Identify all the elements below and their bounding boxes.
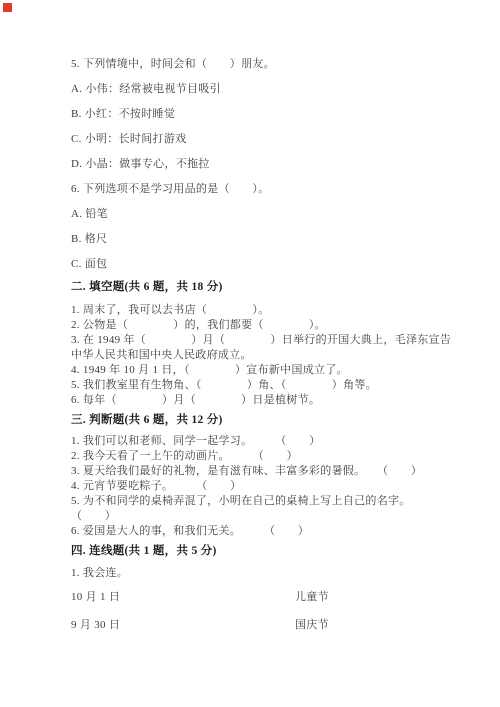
match-intro: 1. 我会连。: [71, 565, 466, 581]
red-corner-marker: [3, 3, 12, 12]
judge-item-5-parens: （ ）: [71, 509, 466, 524]
fill-item-3: 3. 在 1949 年（ ）月（ ）日举行的开国大典上，毛泽东宣告: [71, 333, 466, 348]
judge-item-4: 4. 元宵节要吃粽子。 （ ）: [71, 479, 466, 494]
fill-item-1: 1. 周末了，我可以去书店（ ）。: [71, 303, 466, 318]
judge-item-5: 5. 为不和同学的桌椅弄混了，小明在自己的桌椅上写上自己的名字。: [71, 494, 466, 509]
fill-item-6: 6. 每年（ ）月（ ）日是植树节。: [71, 393, 466, 408]
fill-section-body: 1. 周末了，我可以去书店（ ）。 2. 公物是（ ）的，我们都要（ ）。 3.…: [71, 303, 466, 408]
match-row: 10 月 1 日 儿童节: [71, 587, 466, 607]
match-left-date-1: 10 月 1 日: [71, 587, 295, 607]
fill-item-2: 2. 公物是（ ）的，我们都要（ ）。: [71, 318, 466, 333]
question-6-option-b: B. 格尺: [71, 227, 466, 252]
judge-section-body: 1. 我们可以和老师、同学一起学习。 （ ） 2. 我今天看了一上午的动画片。 …: [71, 434, 466, 539]
question-6-option-c: C. 面包: [71, 252, 466, 277]
question-6-prompt: 6. 下列选项不是学习用品的是（ ）。: [71, 177, 466, 202]
fill-item-3-continuation: 中华人民共和国中央人民政府成立。: [71, 348, 466, 363]
judge-item-1: 1. 我们可以和老师、同学一起学习。 （ ）: [71, 434, 466, 449]
judge-item-3: 3. 夏天给我们最好的礼物，是有滋有味、丰富多彩的暑假。 （ ）: [71, 464, 466, 479]
fill-item-5: 5. 我们教室里有生物角、（ ）角、（ ）角等。: [71, 378, 466, 393]
match-right-festival-2: 国庆节: [295, 615, 329, 635]
match-left-date-2: 9 月 30 日: [71, 615, 295, 635]
document-page: 5. 下列情境中，时间会和（ ）朋友。 A. 小伟：经常被电视节目吸引 B. 小…: [0, 0, 500, 707]
question-5-option-c: C. 小明：长时间打游戏: [71, 127, 466, 152]
judge-item-2: 2. 我今天看了一上午的动画片。 （ ）: [71, 449, 466, 464]
match-right-festival-1: 儿童节: [295, 587, 329, 607]
fill-section-title: 二. 填空题(共 6 题，共 18 分): [71, 277, 466, 297]
question-5-option-d: D. 小晶：做事专心，不拖拉: [71, 152, 466, 177]
judge-section-title: 三. 判断题(共 6 题，共 12 分): [71, 410, 466, 430]
question-5-prompt: 5. 下列情境中，时间会和（ ）朋友。: [71, 52, 466, 77]
judge-item-6: 6. 爱国是大人的事，和我们无关。 （ ）: [71, 524, 466, 539]
match-section-title: 四. 连线题(共 1 题，共 5 分): [71, 541, 466, 561]
fill-item-4: 4. 1949 年 10 月 1 日，（ ）宣布新中国成立了。: [71, 363, 466, 378]
question-5-option-b: B. 小红：不按时睡觉: [71, 102, 466, 127]
question-5-option-a: A. 小伟：经常被电视节目吸引: [71, 77, 466, 102]
question-6-option-a: A. 铅笔: [71, 202, 466, 227]
exam-content: 5. 下列情境中，时间会和（ ）朋友。 A. 小伟：经常被电视节目吸引 B. 小…: [71, 52, 466, 635]
match-row: 9 月 30 日 国庆节: [71, 615, 466, 635]
